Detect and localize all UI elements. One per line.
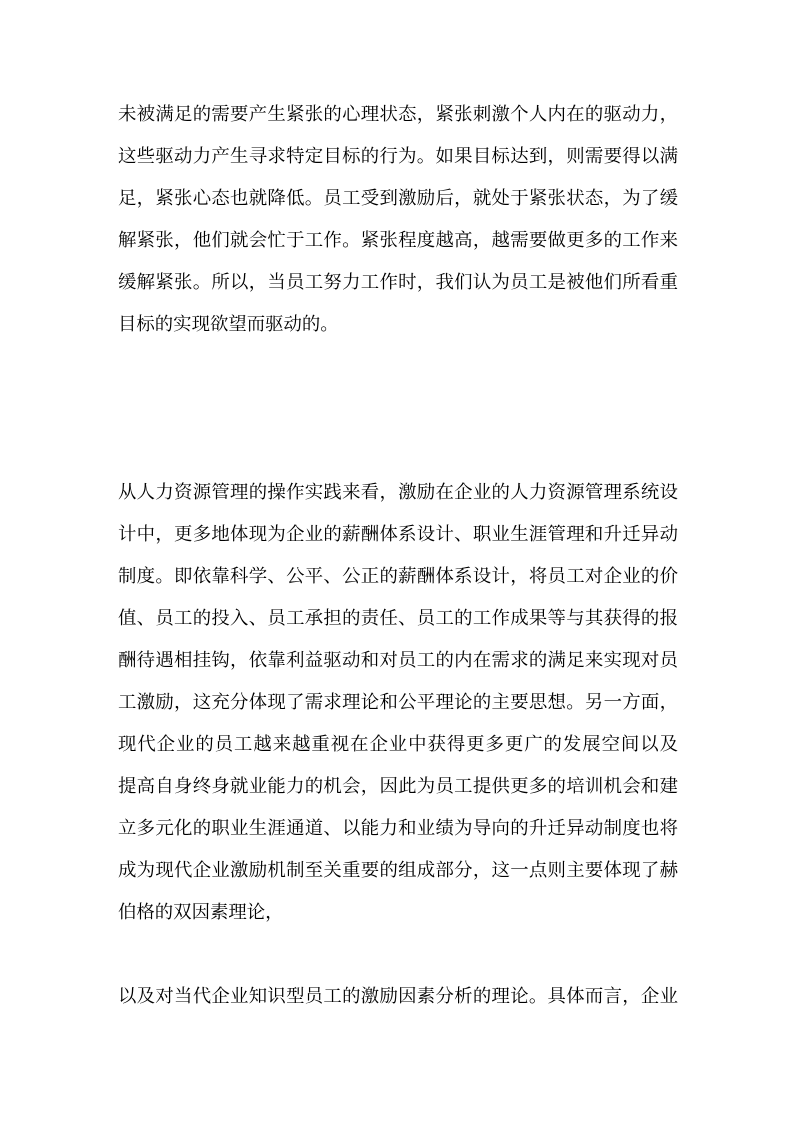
- text-line: 足，紧张心态也就降低。员工受到激励后，就处于紧张状态，为了缓: [118, 177, 678, 219]
- paragraph: 从人力资源管理的操作实践来看，激励在企业的人力资源管理系统设计中，更多地体现为企…: [118, 471, 678, 933]
- text-line: 从人力资源管理的操作实践来看，激励在企业的人力资源管理系统设: [118, 471, 678, 513]
- text-line: 提高自身终身就业能力的机会，因此为员工提供更多的培训机会和建: [118, 765, 678, 807]
- text-line: 缓解紧张。所以，当员工努力工作时，我们认为员工是被他们所看重: [118, 261, 678, 303]
- text-line: 立多元化的职业生涯通道、以能力和业绩为导向的升迁异动制度也将: [118, 807, 678, 849]
- paragraph: 以及对当代企业知识型员工的激励因素分析的理论。具体而言，企业: [118, 975, 678, 1017]
- text-line: 解紧张，他们就会忙于工作。紧张程度越高，越需要做更多的工作来: [118, 219, 678, 261]
- text-line: 制度。即依靠科学、公平、公正的薪酬体系设计，将员工对企业的价: [118, 555, 678, 597]
- text-line: 以及对当代企业知识型员工的激励因素分析的理论。具体而言，企业: [118, 975, 678, 1017]
- document-page: 未被满足的需要产生紧张的心理状态，紧张刺激个人内在的驱动力，这些驱动力产生寻求特…: [0, 0, 793, 1122]
- text-line: 成为现代企业激励机制至关重要的组成部分，这一点则主要体现了赫: [118, 849, 678, 891]
- text-line: 工激励，这充分体现了需求理论和公平理论的主要思想。另一方面，: [118, 681, 678, 723]
- paragraph: 未被满足的需要产生紧张的心理状态，紧张刺激个人内在的驱动力，这些驱动力产生寻求特…: [118, 93, 678, 345]
- text-line: 计中，更多地体现为企业的薪酬体系设计、职业生涯管理和升迁异动: [118, 513, 678, 555]
- text-line: 现代企业的员工越来越重视在企业中获得更多更广的发展空间以及: [118, 723, 678, 765]
- document-content: 未被满足的需要产生紧张的心理状态，紧张刺激个人内在的驱动力，这些驱动力产生寻求特…: [118, 93, 678, 1017]
- text-line: 酬待遇相挂钩，依靠利益驱动和对员工的内在需求的满足来实现对员: [118, 639, 678, 681]
- text-line: 伯格的双因素理论，: [118, 891, 678, 933]
- text-line: 目标的实现欲望而驱动的。: [118, 303, 678, 345]
- text-line: 这些驱动力产生寻求特定目标的行为。如果目标达到，则需要得以满: [118, 135, 678, 177]
- text-line: 未被满足的需要产生紧张的心理状态，紧张刺激个人内在的驱动力，: [118, 93, 678, 135]
- text-line: 值、员工的投入、员工承担的责任、员工的工作成果等与其获得的报: [118, 597, 678, 639]
